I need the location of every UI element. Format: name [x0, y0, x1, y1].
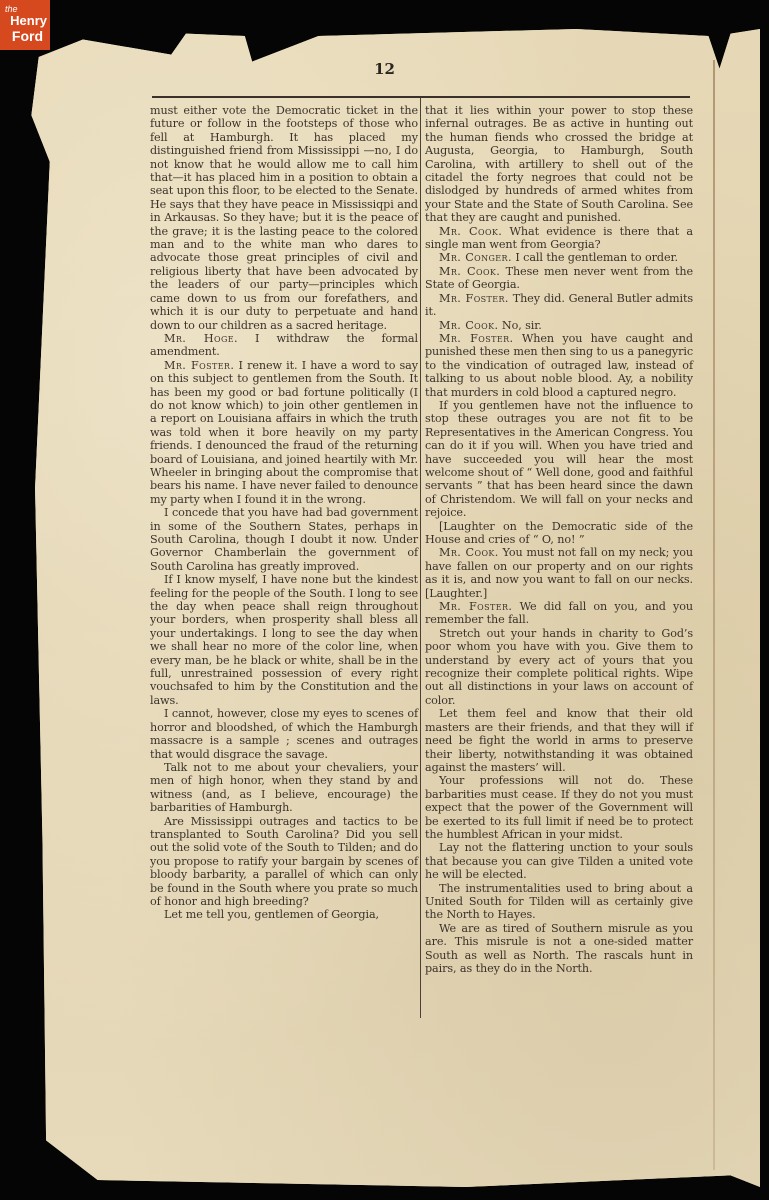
- speaker-name: Mr. Cook.: [439, 265, 500, 278]
- speech-paragraph: Mr. Conger. I call the gentleman to orde…: [425, 251, 693, 264]
- speech-paragraph: Mr. Foster. When you have caught and pun…: [425, 332, 693, 399]
- paragraph-text: Your professions will not do. These barb…: [425, 774, 693, 841]
- speaker-name: Mr. Cook.: [439, 546, 499, 559]
- paragraph: If you gentlemen have not the influence …: [425, 399, 693, 520]
- paragraph-text: I renew it. I have a word to say on this…: [150, 359, 418, 506]
- speaker-name: Mr. Foster.: [439, 600, 512, 613]
- paragraph-text: Lay not the flattering unction to your s…: [425, 841, 693, 881]
- speaker-name: Mr. Conger.: [439, 251, 512, 264]
- paragraph: If I know myself, I have none but the ki…: [150, 573, 418, 707]
- speaker-name: Mr. Cook.: [439, 225, 502, 238]
- logo-line-henry: Henry: [10, 14, 47, 27]
- right-column: that it lies within your power to stop t…: [425, 104, 693, 975]
- column-divider: [420, 98, 421, 1018]
- paragraph-text: [Laughter on the Democratic side of the …: [425, 520, 693, 546]
- paragraph: that it lies within your power to stop t…: [425, 104, 693, 225]
- header-rule: [152, 96, 690, 98]
- speech-paragraph: Mr. Foster. We did fall on you, and you …: [425, 600, 693, 627]
- paragraph: I concede that you have had bad governme…: [150, 506, 418, 573]
- paragraph-text: The instrumentalities used to bring abou…: [425, 882, 693, 922]
- speech-paragraph: Mr. Cook. You must not fall on my neck; …: [425, 546, 693, 600]
- paragraph: We are as tired of Southern misrule as y…: [425, 922, 693, 976]
- paragraph: The instrumentalities used to bring abou…: [425, 882, 693, 922]
- paragraph: Your professions will not do. These barb…: [425, 774, 693, 841]
- paragraph: [Laughter on the Democratic side of the …: [425, 520, 693, 547]
- paragraph-text: Let me tell you, gentlemen of Georgia,: [164, 908, 379, 921]
- paragraph-text: If I know myself, I have none but the ki…: [150, 573, 418, 707]
- paragraph-text: I concede that you have had bad governme…: [150, 506, 418, 573]
- paragraph-text: must either vote the Democratic ticket i…: [150, 104, 418, 332]
- paragraph-text: If you gentlemen have not the influence …: [425, 399, 693, 519]
- speech-paragraph: Mr. Cook. These men never went from the …: [425, 265, 693, 292]
- paragraph-text: Stretch out your hands in charity to God…: [425, 627, 693, 707]
- speaker-name: Mr. Foster.: [439, 292, 509, 305]
- paragraph: Let me tell you, gentlemen of Georgia,: [150, 908, 418, 921]
- speaker-name: Mr. Foster.: [164, 359, 234, 372]
- speaker-name: Mr. Foster.: [439, 332, 513, 345]
- speech-paragraph: Mr. Hoge. I withdraw the formal amendmen…: [150, 332, 418, 359]
- speaker-name: Mr. Cook.: [439, 319, 498, 332]
- speaker-name: Mr. Hoge.: [164, 332, 238, 345]
- speech-paragraph: Mr. Foster. I renew it. I have a word to…: [150, 359, 418, 506]
- paragraph-text: Let them feel and know that their old ma…: [425, 707, 693, 774]
- speech-paragraph: Mr. Foster. They did. General Butler adm…: [425, 292, 693, 319]
- paragraph: must either vote the Democratic ticket i…: [150, 104, 418, 332]
- paragraph: Are Mississippi outrages and tactics to …: [150, 815, 418, 909]
- henry-ford-logo: the Henry Ford: [0, 0, 50, 50]
- paragraph-text: We are as tired of Southern misrule as y…: [425, 922, 693, 975]
- paragraph: Stretch out your hands in charity to God…: [425, 627, 693, 707]
- paragraph: Talk not to me about your chevaliers, yo…: [150, 761, 418, 815]
- paragraph-text: No, sir.: [502, 319, 542, 332]
- paragraph-text: Are Mississippi outrages and tactics to …: [150, 815, 418, 908]
- speech-paragraph: Mr. Cook. No, sir.: [425, 319, 693, 332]
- page-crease: [713, 60, 715, 1170]
- paragraph: Let them feel and know that their old ma…: [425, 707, 693, 774]
- page-number: 12: [0, 60, 769, 78]
- paragraph-text: I call the gentleman to order.: [515, 251, 678, 264]
- paragraph-text: Talk not to me about your chevaliers, yo…: [150, 761, 418, 814]
- paragraph-text: I cannot, however, close my eyes to scen…: [150, 707, 418, 760]
- left-column: must either vote the Democratic ticket i…: [150, 104, 418, 922]
- paragraph-text: that it lies within your power to stop t…: [425, 104, 693, 224]
- speech-paragraph: Mr. Cook. What evidence is there that a …: [425, 225, 693, 252]
- logo-line-ford: Ford: [12, 29, 43, 43]
- paragraph: Lay not the flattering unction to your s…: [425, 841, 693, 881]
- paragraph: I cannot, however, close my eyes to scen…: [150, 707, 418, 761]
